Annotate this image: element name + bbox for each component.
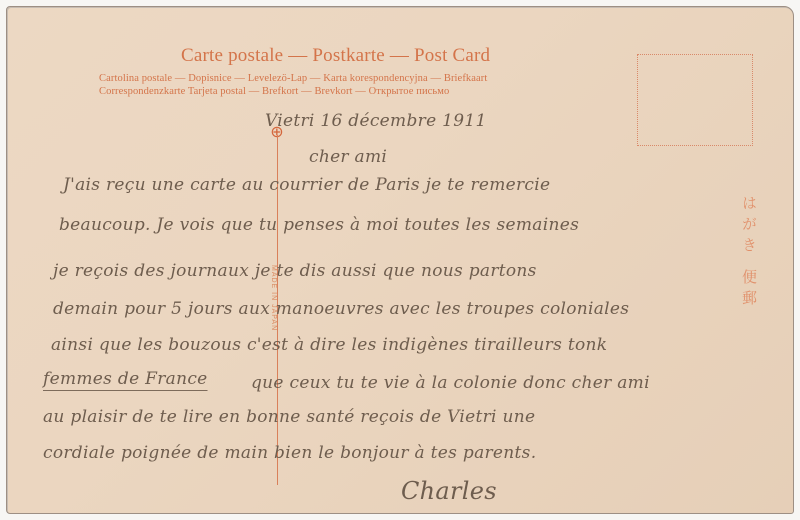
letter-line-7: que ceux tu te vie à la colonie donc che… (251, 373, 650, 393)
letter-line-5: ainsi que les bouzous c'est à dire les i… (51, 335, 607, 355)
letter-line-1: J'ais reçu une carte au courrier de Pari… (63, 175, 550, 195)
postcard-subtitle-line-1: Cartolina postale — Dopisnice — Levelezö… (99, 73, 487, 84)
salutation: cher ami (309, 147, 387, 167)
letter-line-8: au plaisir de te lire en bonne santé reç… (43, 407, 535, 427)
signature: Charles (401, 477, 497, 505)
japanese-vertical-text: はがき 便郵 (739, 195, 760, 311)
letter-line-9: cordiale poignée de main bien le bonjour… (43, 443, 536, 463)
letter-line-6: femmes de France (43, 369, 208, 389)
letter-line-2: beaucoup. Je vois que tu penses à moi to… (59, 215, 579, 235)
letter-line-3: je reçois des journaux je te dis aussi q… (53, 261, 537, 281)
stamp-box (637, 54, 753, 146)
postcard-title: Carte postale — Postkarte — Post Card (181, 45, 490, 67)
letter-line-4: demain pour 5 jours aux manoeuvres avec … (53, 299, 629, 319)
postcard: Carte postale — Postkarte — Post Card Ca… (6, 6, 794, 514)
postcard-subtitle-line-2: Correspondenzkarte Tarjeta postal — Bref… (99, 86, 449, 97)
date-line: Vietri 16 décembre 1911 (265, 111, 487, 131)
